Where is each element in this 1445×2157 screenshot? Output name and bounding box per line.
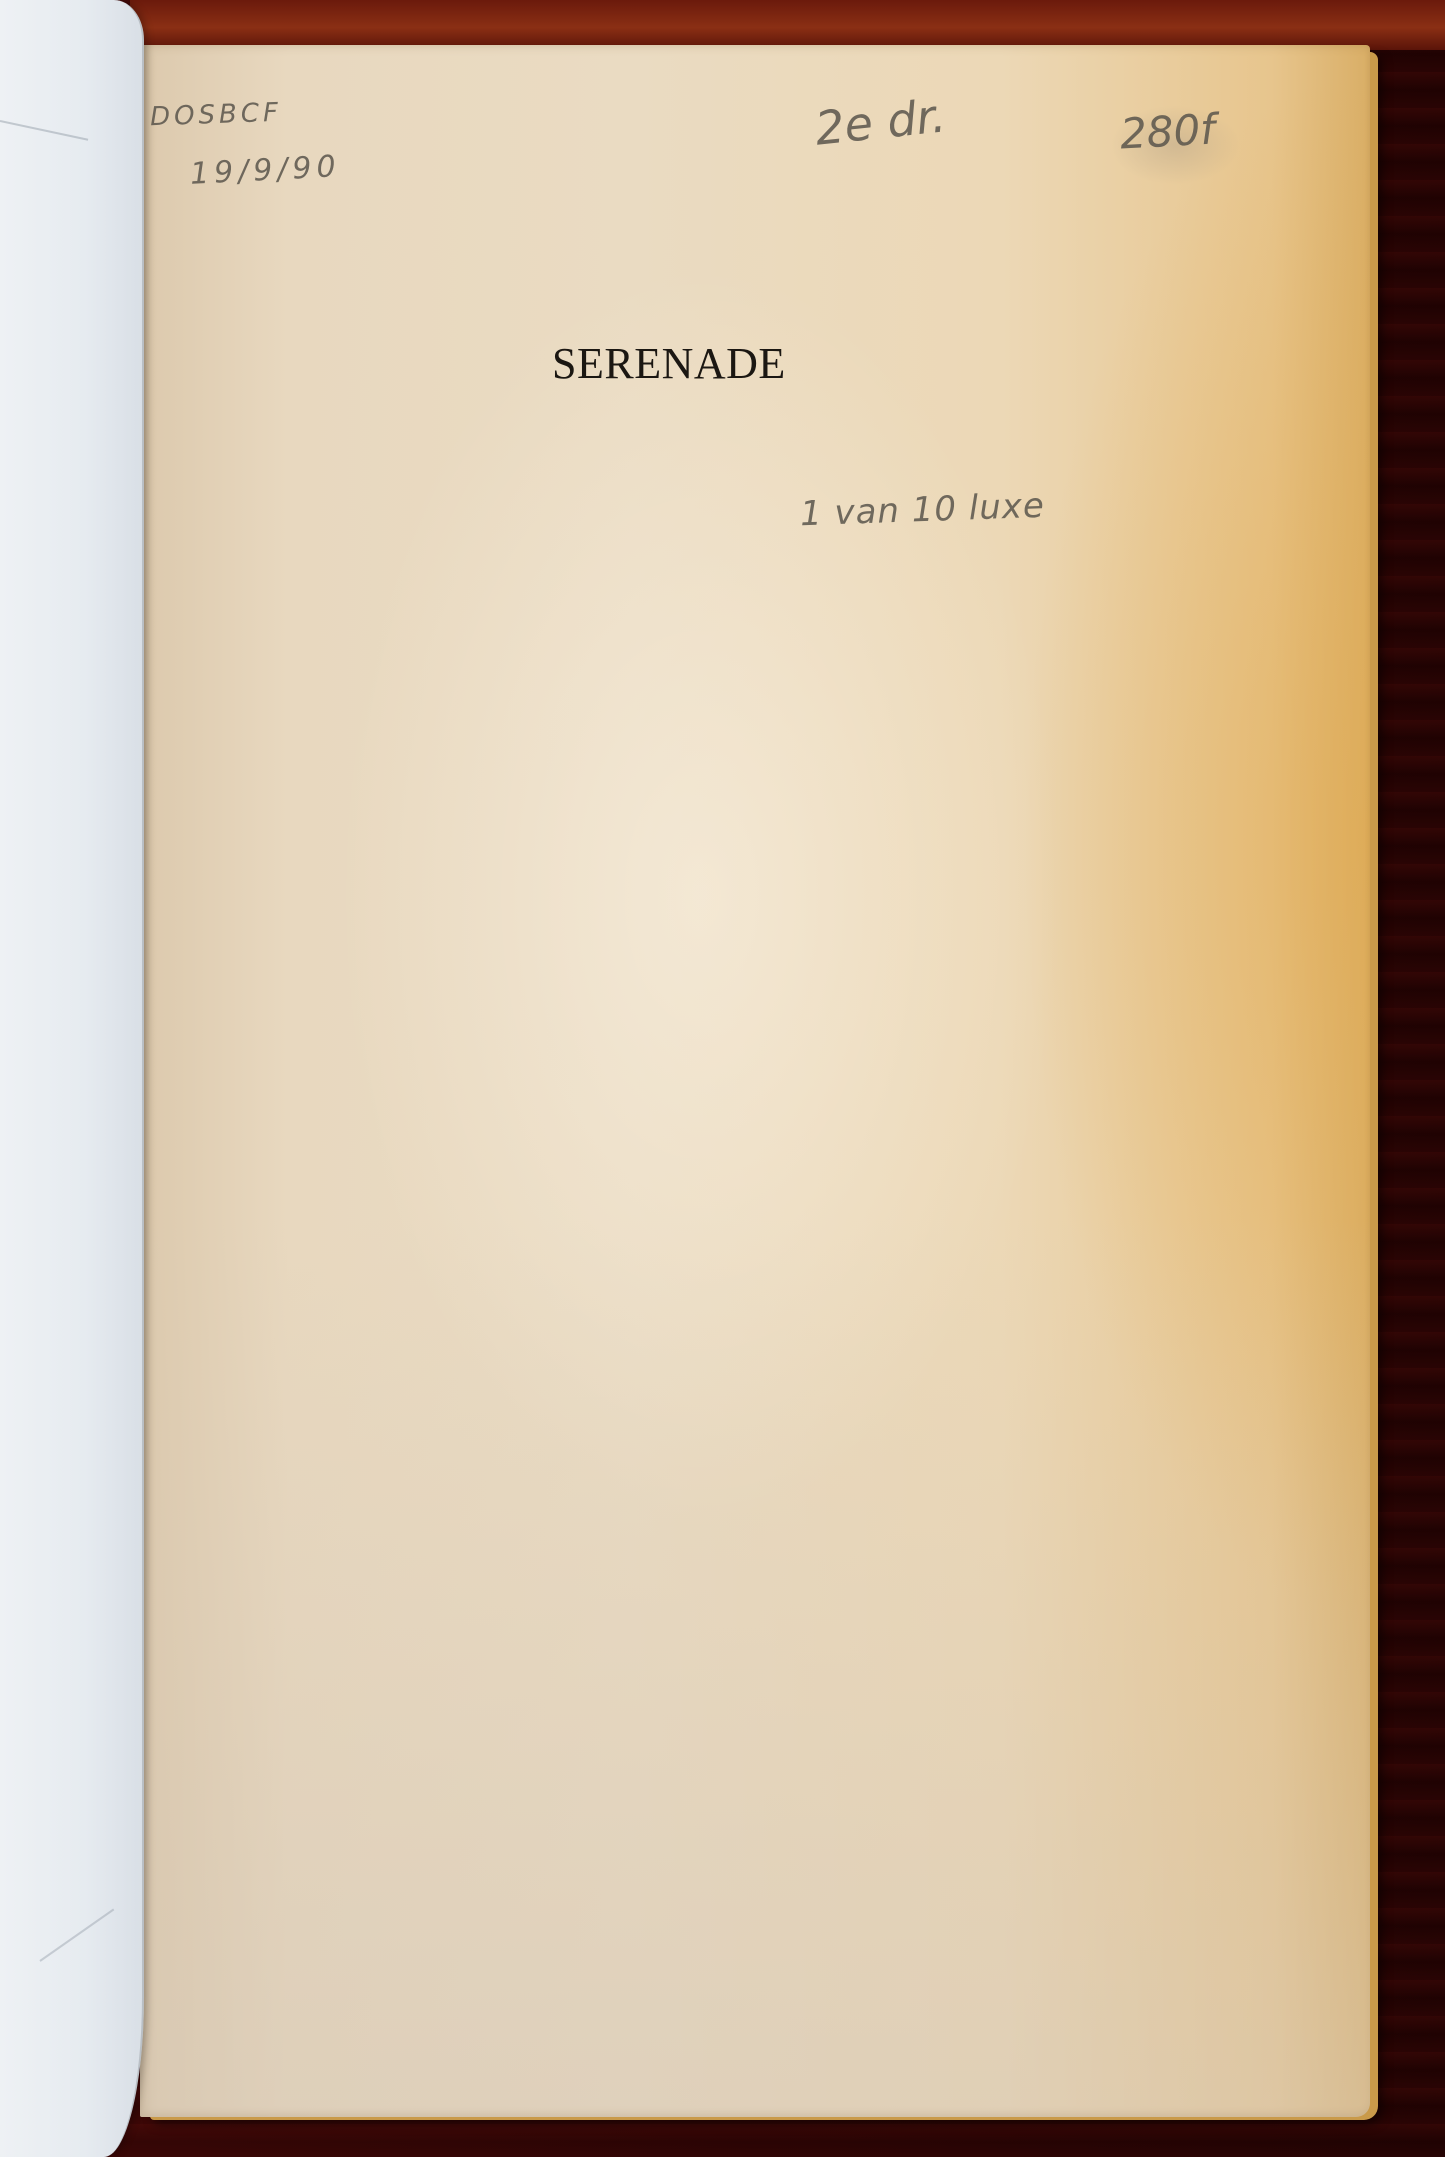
pencil-date: 19/9/90 bbox=[189, 149, 341, 192]
pencil-copy-number: 1 van 10 luxe bbox=[799, 486, 1045, 535]
pencil-price: 280f bbox=[1119, 105, 1216, 159]
photo-scene: DOSBCF 19/9/90 2e dr. 280f SERENADE 1 va… bbox=[0, 0, 1445, 2157]
pencil-edition-note: 2e dr. bbox=[813, 88, 949, 155]
page-shading bbox=[140, 1217, 1370, 2117]
title-page: DOSBCF 19/9/90 2e dr. 280f SERENADE 1 va… bbox=[140, 45, 1370, 2117]
tissue-flyleaf bbox=[0, 0, 144, 2157]
pencil-dealer-mark: DOSBCF bbox=[150, 98, 283, 133]
book-title: SERENADE bbox=[552, 338, 786, 389]
flyleaf-crease bbox=[0, 120, 88, 141]
flyleaf-crease bbox=[39, 1909, 114, 1962]
wooden-surface bbox=[130, 0, 1445, 50]
